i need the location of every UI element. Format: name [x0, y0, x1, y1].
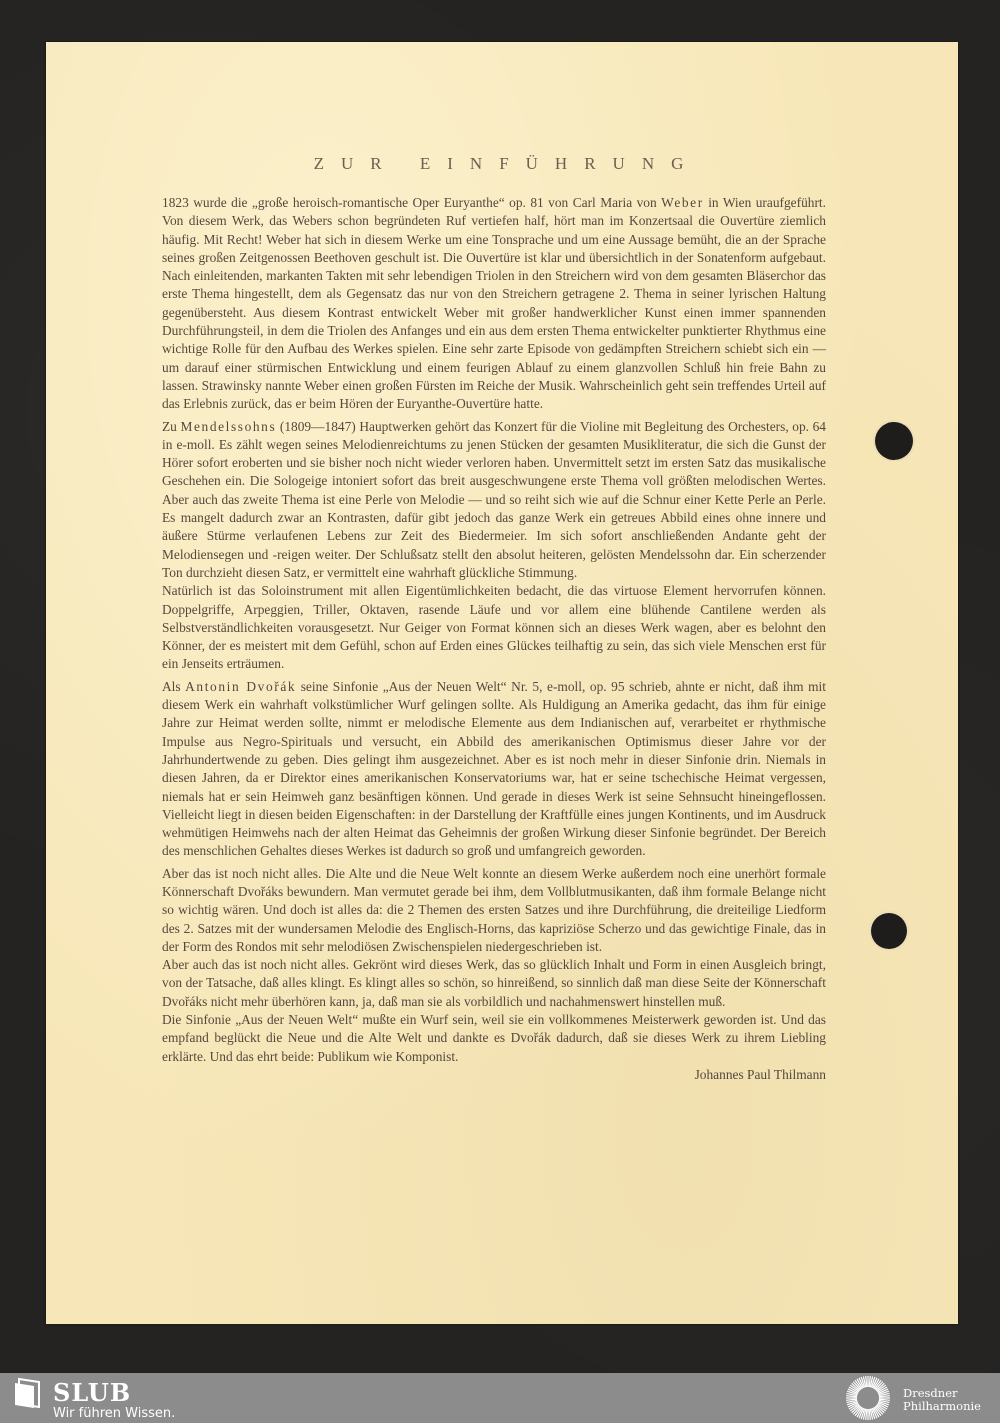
- paragraph-text: 1823 wurde die „große heroisch-romantisc…: [162, 195, 661, 210]
- paragraph-text: Die Sinfonie „Aus der Neuen Welt“ mußte …: [162, 1012, 826, 1064]
- composer-name: Mendelssohns: [180, 419, 276, 434]
- dresdner-philharmonie-logo-icon: [840, 1374, 896, 1422]
- dp-line-2: Philharmonie: [903, 1400, 981, 1413]
- paragraph-weber: 1823 wurde die „große heroisch-romantisc…: [162, 194, 826, 414]
- paragraph-text: in Wien uraufgeführt. Von diesem Werk, d…: [162, 195, 826, 411]
- paragraph-text: (1809—1847) Hauptwerken gehört das Konze…: [162, 419, 826, 580]
- paragraph-text: Als: [162, 679, 185, 694]
- punch-hole-top: [875, 422, 913, 460]
- paragraph-dvorak-4: Die Sinfonie „Aus der Neuen Welt“ mußte …: [162, 1011, 826, 1066]
- paragraph-text: Zu: [162, 419, 180, 434]
- paragraph-text: Natürlich ist das Soloinstrument mit all…: [162, 583, 826, 671]
- page-title: ZUR EINFÜHRUNG: [46, 154, 958, 174]
- paragraph-dvorak-1: Als Antonin Dvořák seine Sinfonie „Aus d…: [162, 678, 826, 861]
- paragraph-mendelssohn-2: Natürlich ist das Soloinstrument mit all…: [162, 582, 826, 673]
- paragraph-text: Aber auch das ist noch nicht alles. Gekr…: [162, 957, 826, 1009]
- slub-tagline: Wir führen Wissen.: [53, 1406, 175, 1421]
- punch-hole-bottom: [871, 913, 907, 949]
- composer-name: Weber: [661, 195, 704, 210]
- composer-name: Antonin Dvořák: [185, 679, 296, 694]
- paragraph-dvorak-3: Aber auch das ist noch nicht alles. Gekr…: [162, 956, 826, 1011]
- author-signature: Johannes Paul Thilmann: [162, 1066, 826, 1084]
- slub-logo-icon: [13, 1377, 41, 1409]
- paragraph-text: Aber das ist noch nicht alles. Die Alte …: [162, 866, 826, 954]
- footer-bar: SLUB Wir führen Wissen. Dresdner Philhar…: [0, 1373, 1000, 1423]
- slub-name: SLUB: [53, 1378, 131, 1407]
- paragraph-mendelssohn-1: Zu Mendelssohns (1809—1847) Hauptwerken …: [162, 418, 826, 583]
- document-page: ZUR EINFÜHRUNG 1823 wurde die „große her…: [46, 42, 958, 1324]
- paragraph-dvorak-2: Aber das ist noch nicht alles. Die Alte …: [162, 865, 826, 956]
- document-body: 1823 wurde die „große heroisch-romantisc…: [162, 194, 826, 1084]
- paragraph-text: seine Sinfonie „Aus der Neuen Welt“ Nr. …: [162, 679, 826, 859]
- dresdner-philharmonie-name: Dresdner Philharmonie: [903, 1387, 981, 1413]
